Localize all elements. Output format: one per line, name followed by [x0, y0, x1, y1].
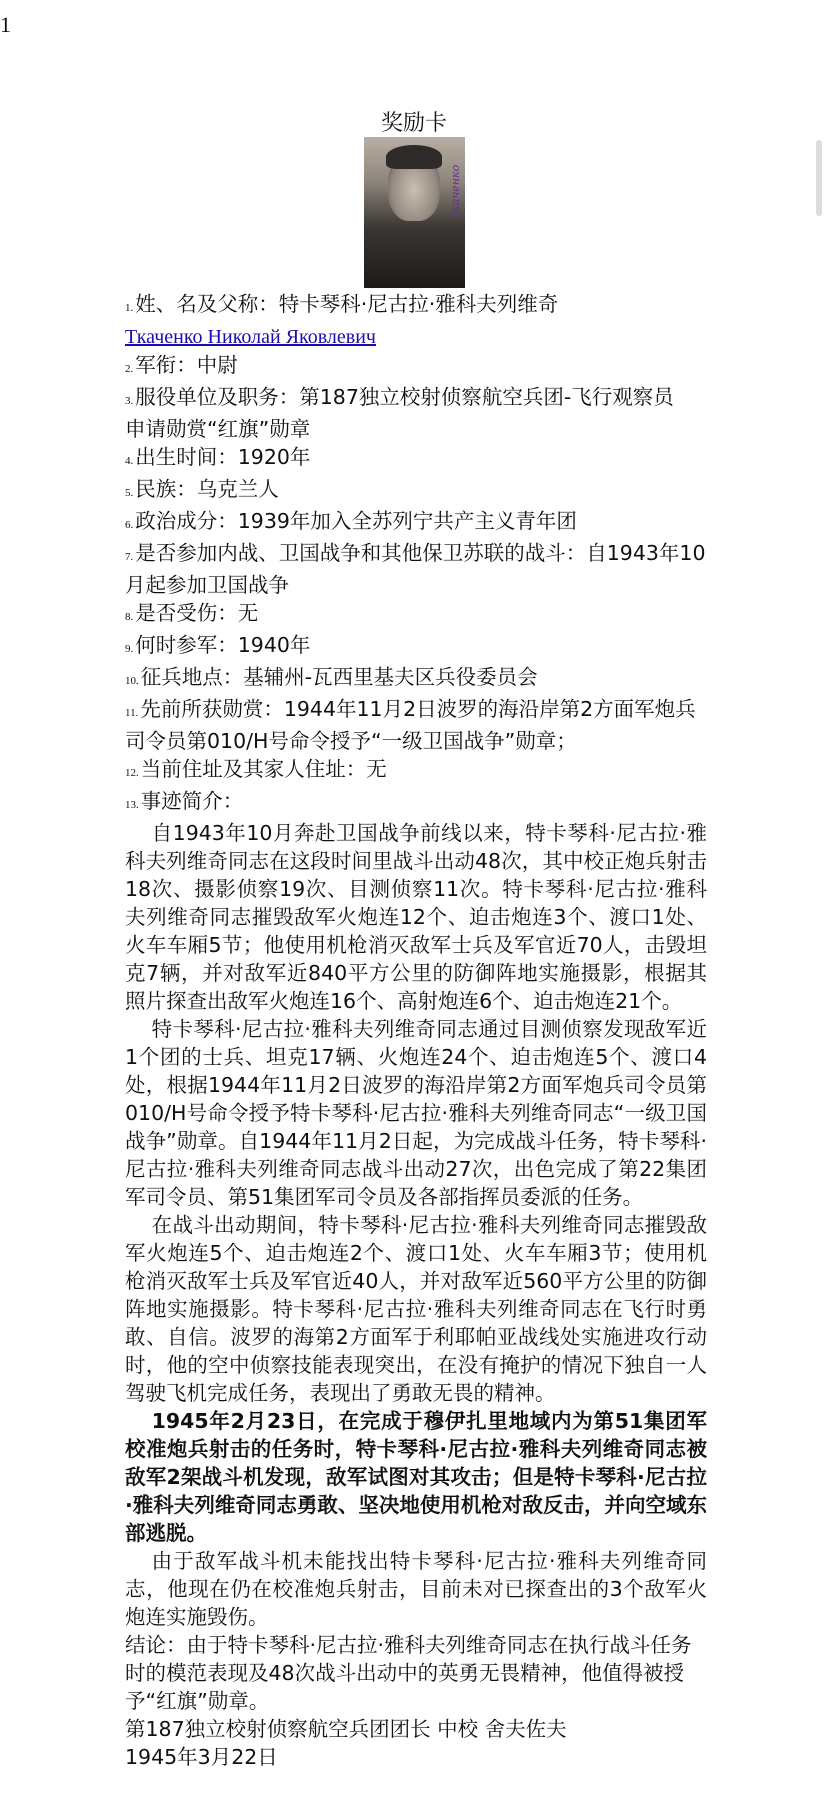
field-address: 12.当前住址及其家人住址：无 [125, 755, 707, 787]
conclusion: 结论：由于特卡琴科·尼古拉·雅科夫列维奇同志在执行战斗任务时的模范表现及48次战… [125, 1631, 707, 1715]
photo-signature: Ткаченко [449, 149, 461, 219]
field-party: 6.政治成分：1939年加入全苏列宁共产主义青年团 [125, 507, 707, 539]
russian-name-link[interactable]: Ткаченко Николай Яковлевич [125, 326, 376, 348]
page-number: 1 [0, 12, 11, 38]
photo-hair [386, 145, 442, 169]
summary-paragraph: 特卡琴科·尼古拉·雅科夫列维奇同志通过目测侦察发现敌军近1个团的士兵、坦克17辆… [125, 1015, 707, 1211]
summary-paragraph: 在战斗出动期间，特卡琴科·尼古拉·雅科夫列维奇同志摧毁敌军火炮连5个、迫击炮连2… [125, 1211, 707, 1407]
signature-date: 1945年3月22日 [125, 1743, 707, 1771]
field-birth: 4.出生时间：1920年 [125, 443, 707, 475]
summary-paragraph: 由于敌军战斗机未能找出特卡琴科·尼古拉·雅科夫列维奇同志，他现在仍在校准炮兵射击… [125, 1547, 707, 1631]
field-conscription: 10.征兵地点：基辅州-瓦西里基夫区兵役委员会 [125, 663, 707, 695]
field-name: 1.姓、名及父称：特卡琴科·尼古拉·雅科夫列维奇 [125, 290, 707, 322]
russian-name-row: Ткаченко Николай Яковлевич [125, 322, 707, 351]
field-nationality: 5.民族：乌克兰人 [125, 475, 707, 507]
field-enlisted: 9.何时参军：1940年 [125, 631, 707, 663]
vertical-scrollbar[interactable] [816, 140, 822, 216]
commander-signature: 第187独立校射侦察航空兵团团长 中校 舍夫佐夫 [125, 1715, 707, 1743]
field-prior-awards: 11.先前所获勋赏：1944年11月2日波罗的海沿岸第2方面军炮兵司令员第010… [125, 695, 707, 755]
field-rank: 2.军衔：中尉 [125, 351, 707, 383]
field-unit: 3.服役单位及职务：第187独立校射侦察航空兵团-飞行观察员 [125, 383, 707, 415]
field-wounded: 8.是否受伤：无 [125, 599, 707, 631]
field-summary-heading: 13.事迹简介： [125, 787, 707, 819]
award-card-body: 1.姓、名及父称：特卡琴科·尼古拉·雅科夫列维奇 Ткаченко Никола… [125, 290, 707, 1771]
field-war-participation: 7.是否参加内战、卫国战争和其他保卫苏联的战斗：自1943年10月起参加卫国战争 [125, 539, 707, 599]
portrait-photo: Ткаченко [364, 137, 465, 288]
summary-paragraph-bold: 1945年2月23日，在完成于穆伊扎里地域内为第51集团军校准炮兵射击的任务时，… [125, 1407, 707, 1547]
summary-paragraph: 自1943年10月奔赴卫国战争前线以来，特卡琴科·尼古拉·雅科夫列维奇同志在这段… [125, 819, 707, 1015]
document-title: 奖励卡 [0, 106, 828, 137]
award-request: 申请勋赏“红旗”勋章 [125, 415, 707, 443]
